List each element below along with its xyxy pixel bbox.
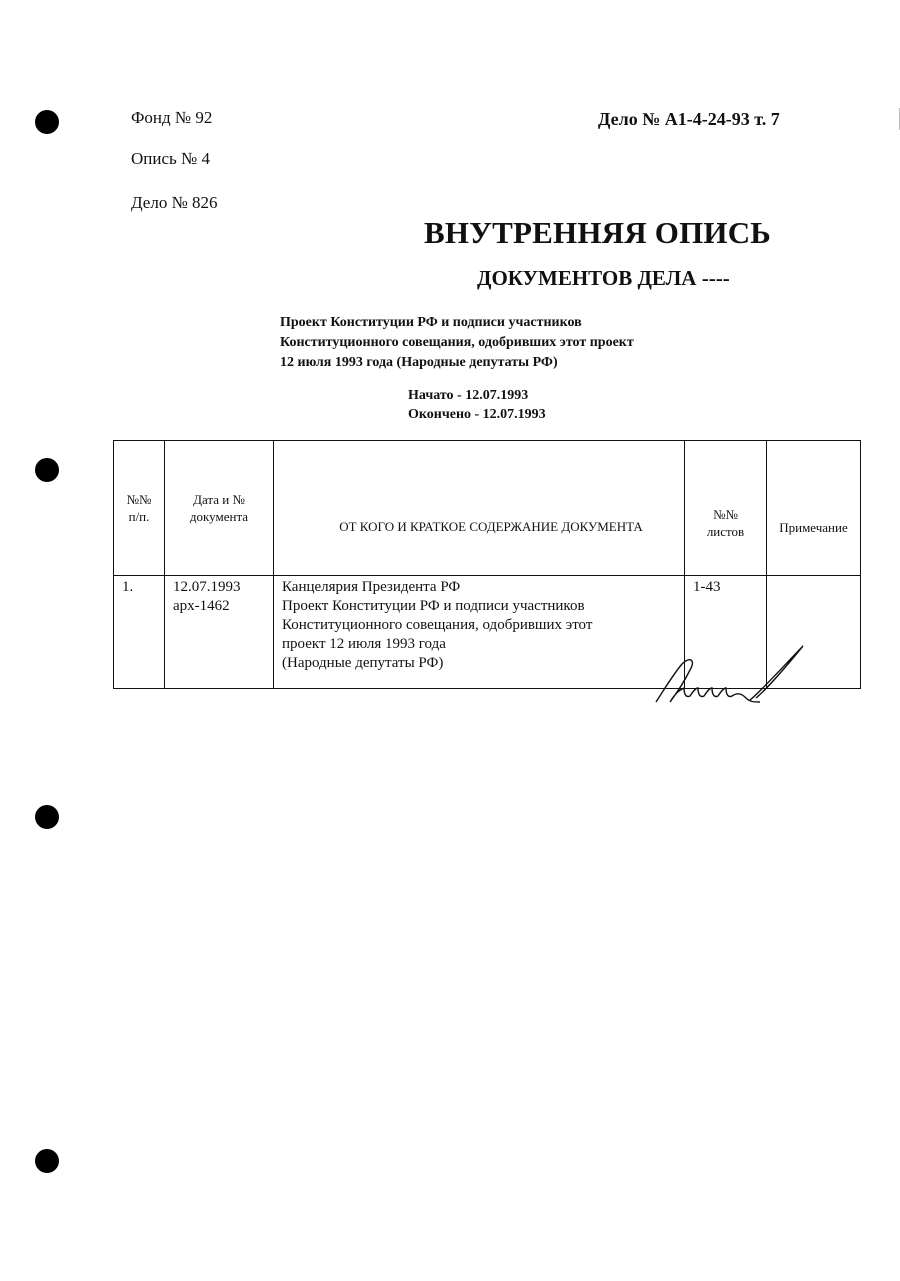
description-line: Проект Конституции РФ и подписи участник…	[280, 313, 634, 333]
cell-number: 1.	[114, 576, 165, 689]
document-subtitle: ДОКУМЕНТОВ ДЕЛА ----	[477, 266, 730, 291]
cell-date: 12.07.1993 арх-1462	[165, 576, 274, 689]
date-range: Начато - 12.07.1993 Окончено - 12.07.199…	[408, 386, 546, 424]
delo-number: Дело № 826	[131, 193, 218, 213]
punch-hole	[35, 1149, 59, 1173]
date-started: Начато - 12.07.1993	[408, 386, 546, 405]
punch-hole	[35, 805, 59, 829]
document-title: ВНУТРЕННЯЯ ОПИСЬ	[424, 215, 771, 251]
cell-content: Канцелярия Президента РФ Проект Конститу…	[274, 576, 685, 689]
description-line: 12 июля 1993 года (Народные депутаты РФ)	[280, 353, 634, 373]
col-header-number: №№ п/п.	[114, 441, 165, 576]
signature-icon	[650, 640, 820, 710]
punch-hole	[35, 458, 59, 482]
case-description: Проект Конституции РФ и подписи участник…	[280, 313, 634, 373]
col-header-content: ОТ КОГО И КРАТКОЕ СОДЕРЖАНИЕ ДОКУМЕНТА	[274, 441, 685, 576]
table-header-row: №№ п/п. Дата и № документа ОТ КОГО И КРА…	[114, 441, 861, 576]
fond-number: Фонд № 92	[131, 108, 212, 128]
date-finished: Окончено - 12.07.1993	[408, 405, 546, 424]
col-header-date: Дата и № документа	[165, 441, 274, 576]
description-line: Конституционного совещания, одобривших э…	[280, 333, 634, 353]
opis-number: Опись № 4	[131, 149, 210, 169]
col-header-note: Примечание	[767, 441, 861, 576]
case-number: Дело № А1-4-24-93 т. 7	[598, 109, 780, 130]
punch-hole	[35, 110, 59, 134]
col-header-sheets: №№ листов	[685, 441, 767, 576]
